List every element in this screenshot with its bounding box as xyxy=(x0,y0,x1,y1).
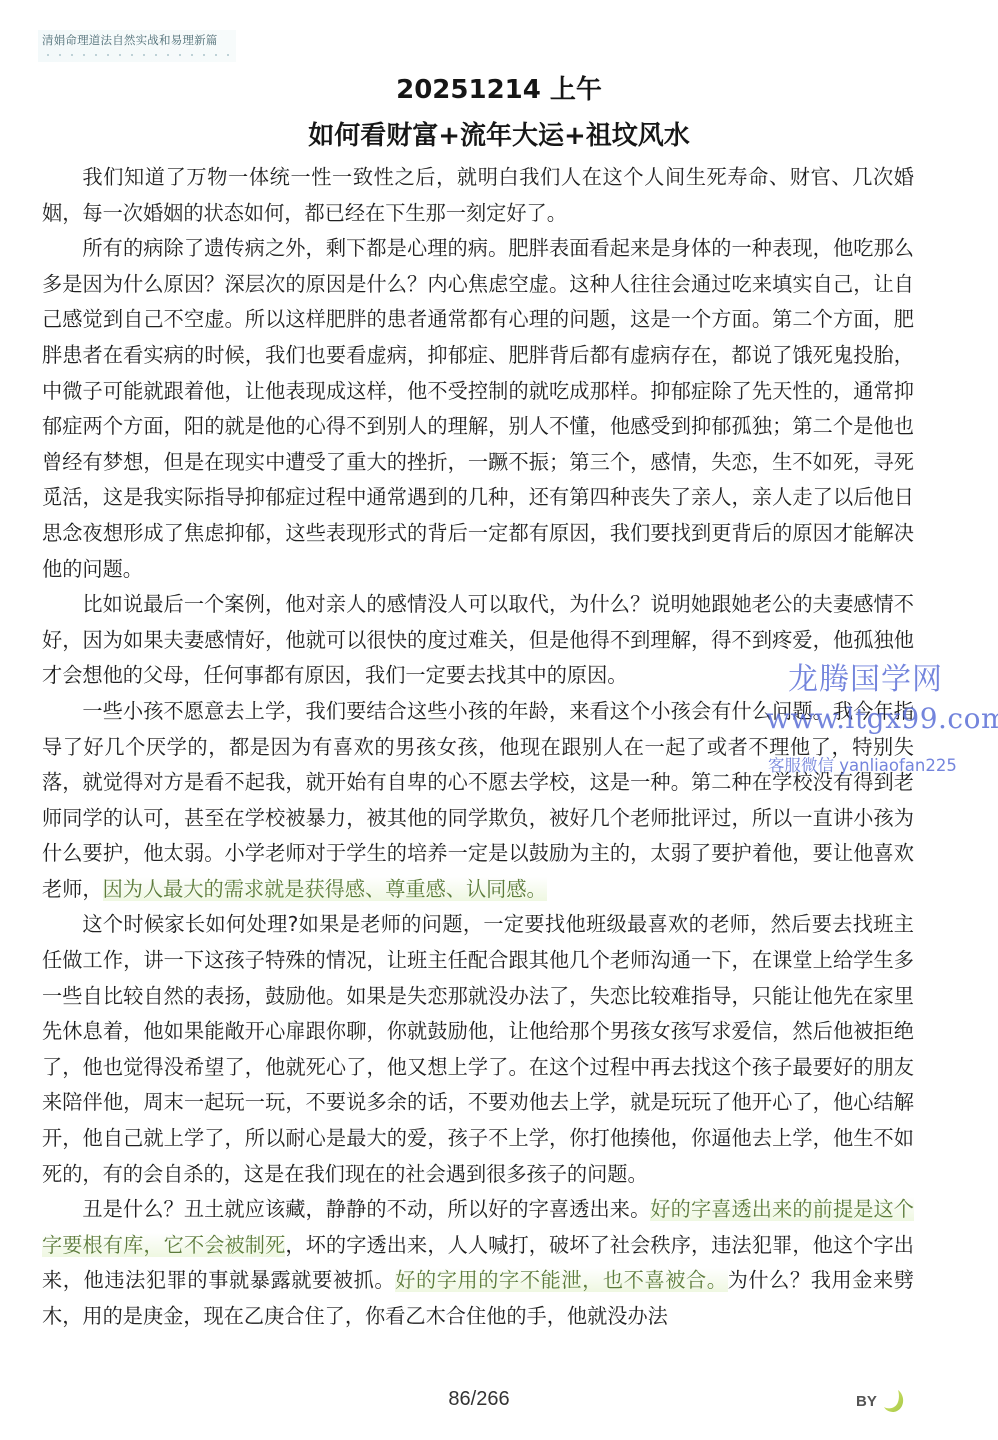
footer-brand: BY xyxy=(856,1388,907,1414)
paragraph-text: 比如说最后一个案例，他对亲人的感情没人可以取代，为什么？说明她跟她老公的夫妻感情… xyxy=(42,592,914,687)
page-indicator: 86/266 xyxy=(0,1388,958,1411)
series-title: 清娟命理道法自然实战和易理新篇 xyxy=(42,32,232,48)
paragraph: 这个时候家长如何处理?如果是老师的问题，一定要找他班级最喜欢的老师，然后要去找班… xyxy=(42,907,914,1192)
paragraph-text: 我们知道了万物一体统一性一致性之后，就明白我们人在这个人间生死寿命、财官、几次婚… xyxy=(42,165,914,225)
document-body: 我们知道了万物一体统一性一致性之后，就明白我们人在这个人间生死寿命、财官、几次婚… xyxy=(42,160,914,1335)
brand-label: BY xyxy=(856,1393,877,1410)
paragraph-text: 这个时候家长如何处理?如果是老师的问题，一定要找他班级最喜欢的老师，然后要去找班… xyxy=(42,912,914,1185)
paragraph-text: 所有的病除了遗传病之外，剩下都是心理的病。肥胖表面看起来是身体的一种表现，他吃那… xyxy=(42,236,914,580)
moon-icon xyxy=(881,1388,907,1414)
paragraph: 丑是什么？丑土就应该藏，静静的不动，所以好的字喜透出来。好的字喜透出来的前提是这… xyxy=(42,1192,914,1334)
highlighted-text: 因为人最大的需求就是获得感、尊重感、认同感。 xyxy=(103,877,547,901)
paragraph: 一些小孩不愿意去上学，我们要结合这些小孩的年龄，来看这个小孩会有什么问题。我今年… xyxy=(42,694,914,908)
page-title: 如何看财富+流年大运+祖坟风水 xyxy=(0,116,998,156)
title-block: 20251214 上午 如何看财富+流年大运+祖坟风水 xyxy=(0,72,998,156)
series-header-tag: 清娟命理道法自然实战和易理新篇 xyxy=(38,30,236,62)
paragraph: 我们知道了万物一体统一性一致性之后，就明白我们人在这个人间生死寿命、财官、几次婚… xyxy=(42,160,914,231)
lecture-date: 20251214 上午 xyxy=(0,72,998,108)
paragraph: 所有的病除了遗传病之外，剩下都是心理的病。肥胖表面看起来是身体的一种表现，他吃那… xyxy=(42,231,914,587)
dotted-divider xyxy=(42,54,232,56)
paragraph-text: 一些小孩不愿意去上学，我们要结合这些小孩的年龄，来看这个小孩会有什么问题。我今年… xyxy=(42,699,914,901)
paragraph-text: 丑是什么？丑土就应该藏，静静的不动，所以好的字喜透出来。 xyxy=(82,1197,650,1221)
paragraph: 比如说最后一个案例，他对亲人的感情没人可以取代，为什么？说明她跟她老公的夫妻感情… xyxy=(42,587,914,694)
highlighted-text: 好的字用的字不能泄，也不喜被合。 xyxy=(395,1268,727,1292)
